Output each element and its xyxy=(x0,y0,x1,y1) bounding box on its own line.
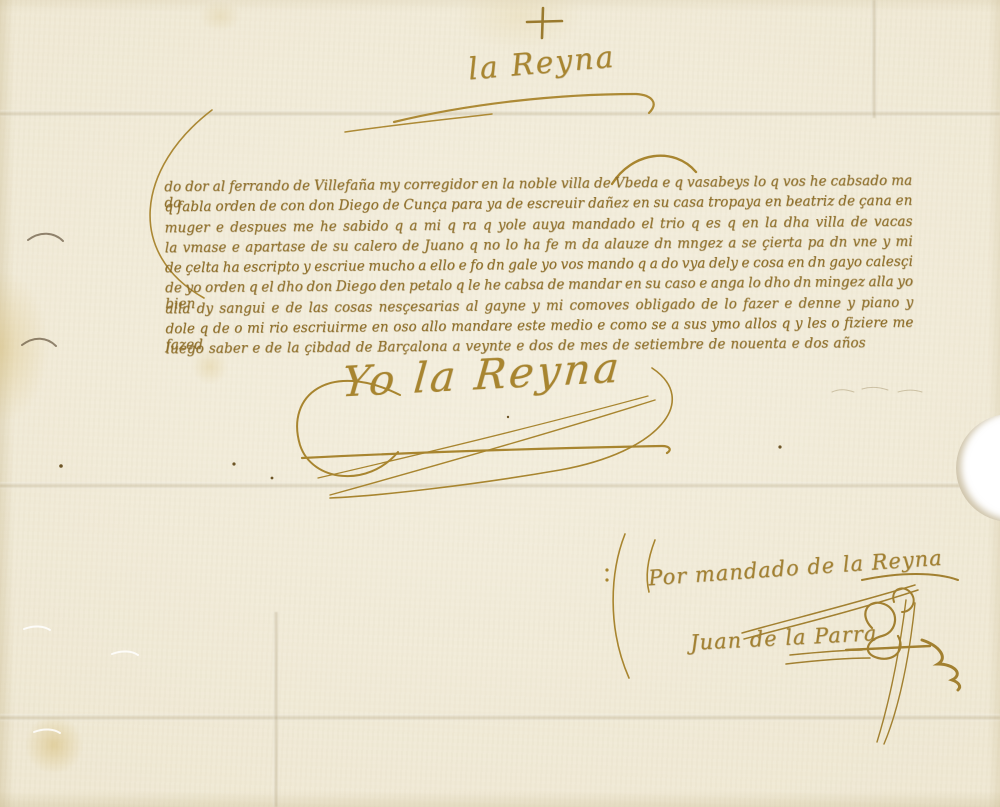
fold-line-horizontal-bottom xyxy=(0,714,1000,721)
fold-line-vertical-bottom xyxy=(273,612,279,807)
parchment-paper xyxy=(0,0,1000,807)
scanned-manuscript: la Reyna do dor al ferrando de Villefaña… xyxy=(0,0,1000,807)
fold-line-horizontal-middle xyxy=(0,482,1000,489)
letter-body: do dor al ferrando de Villefaña my corre… xyxy=(164,173,914,362)
fold-line-horizontal-top xyxy=(0,110,1000,117)
fold-line-vertical-top xyxy=(871,0,877,118)
